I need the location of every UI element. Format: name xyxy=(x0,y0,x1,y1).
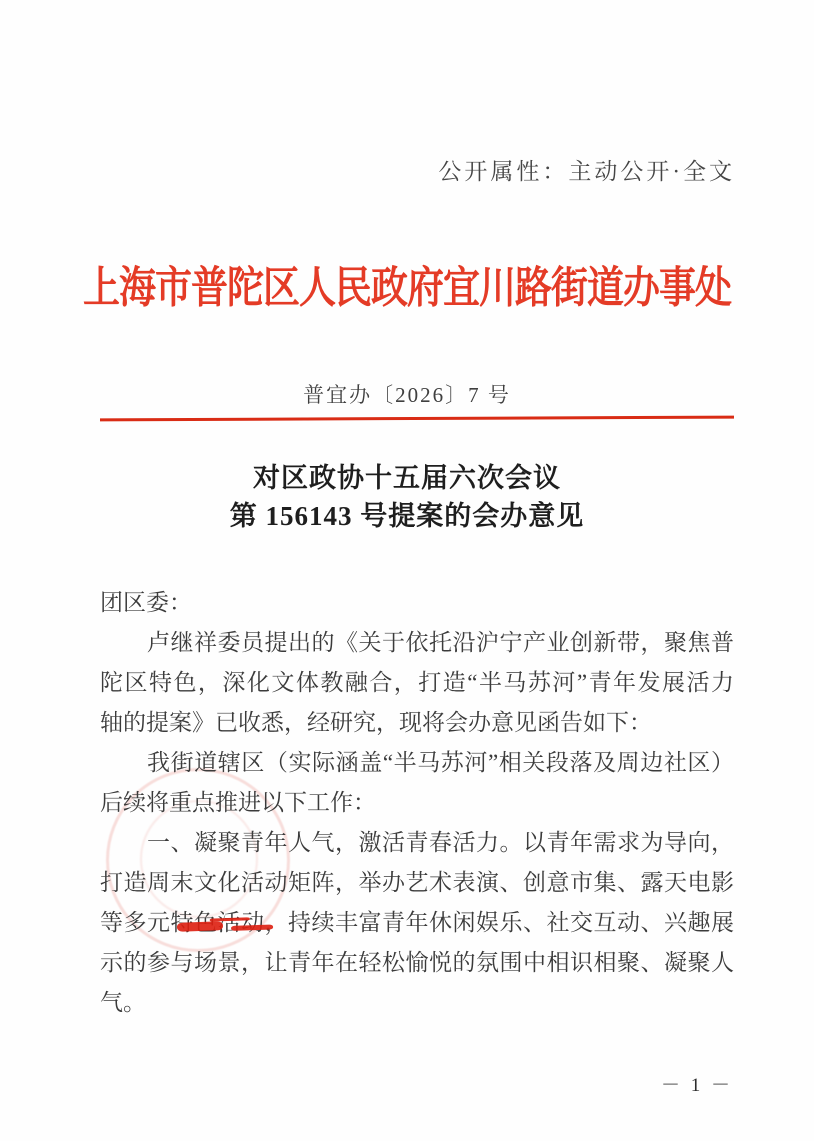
organization-header-title: 上海市普陀区人民政府宜川路街道办事处 xyxy=(0,252,814,316)
body-line: 后续将重点推进以下工作： xyxy=(100,783,734,823)
public-attribute-label: 公开属性：主动公开·全文 xyxy=(438,153,735,186)
body-line: 团区委： xyxy=(100,583,734,623)
body-line: 轴的提案》已收悉，经研究，现将会办意见函告如下： xyxy=(100,703,734,743)
body-line: 一、凝聚青年人气，激活青春活力。以青年需求为导向， xyxy=(100,823,734,863)
body-line: 卢继祥委员提出的《关于依托沿沪宁产业创新带，聚焦普 xyxy=(100,623,734,663)
document-number: 普宜办〔2026〕7 号 xyxy=(0,379,814,409)
body-line: 打造周末文化活动矩阵，举办艺术表演、创意市集、露天电影 xyxy=(100,863,734,903)
body-line: 陀区特色，深化文体教融合，打造“半马苏河”青年发展活力 xyxy=(100,663,734,703)
red-divider-rule xyxy=(100,416,734,422)
document-title: 对区政协十五届六次会议 第 156143 号提案的会办意见 xyxy=(0,459,814,535)
body-line: 我街道辖区（实际涵盖“半马苏河”相关段落及周边社区） xyxy=(100,743,734,783)
page-number: － 1 － xyxy=(661,1070,733,1097)
document-title-line-2: 第 156143 号提案的会办意见 xyxy=(0,497,814,535)
document-title-line-1: 对区政协十五届六次会议 xyxy=(0,459,814,497)
body-line: 示的参与场景，让青年在轻松愉悦的氛围中相识相聚、凝聚人 xyxy=(100,943,734,983)
body-line: 气。 xyxy=(100,983,734,1023)
document-body: 团区委： 卢继祥委员提出的《关于依托沿沪宁产业创新带，聚焦普 陀区特色，深化文体… xyxy=(100,583,734,1023)
document-page: 公开属性：主动公开·全文 上海市普陀区人民政府宜川路街道办事处 普宜办〔2026… xyxy=(0,0,814,1141)
red-ink-smudge xyxy=(177,921,223,932)
